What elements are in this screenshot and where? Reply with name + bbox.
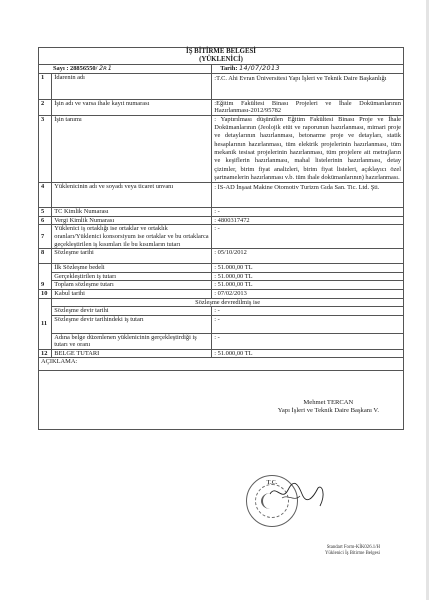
signatory-block: Mehmet TERCAN Yapı İşleri ve Teknik Dair… (278, 399, 379, 415)
row-number: 12 (39, 349, 52, 358)
row-value: : 51.000,00 TL (212, 349, 404, 358)
sayi-cell: Sayı : 28856550/ 2ʀ1 (39, 65, 212, 74)
row-11-transfer-date: Sözleşme devir tarihi : - (39, 307, 404, 316)
row-value: : 4800317472 (212, 216, 404, 225)
row-number: 4 (39, 183, 52, 208)
transfer-heading: Sözleşme devredilmiş ise (52, 298, 404, 307)
row-number: 3 (39, 115, 52, 182)
row-label: Vergi Kimlik Numarası (52, 216, 212, 225)
row-value: : - (212, 315, 404, 333)
title-row: İŞ BİTİRME BELGESİ (YÜKLENİCİ) (39, 48, 404, 65)
aciklama-row: AÇIKLAMA: (39, 358, 404, 371)
row-2: 2 İşin adı ve varsa ihale kayıt numarası… (39, 99, 404, 115)
row-9-total-contract: Toplam sözleşme tutarı : 51.000,00 TL (39, 281, 404, 290)
row-label: Sözleşme devir tarihi (52, 307, 212, 316)
row-value: : - (212, 307, 404, 316)
row-value: : - (212, 208, 404, 217)
row-number: 5 (39, 208, 52, 217)
handwritten-signature (268, 480, 328, 510)
row-label: İşin adı ve varsa ihale kayıt numarası (52, 99, 212, 115)
row-number: 9 (39, 264, 52, 290)
row-label: Gerçekleştirilen iş tutarı (52, 272, 212, 281)
row-value: :T.C. Ahi Evran Üniversitesi Yapı İşleri… (212, 73, 404, 99)
row-11-transfer-amount: Sözleşme devir tarihindeki iş tutarı : - (39, 315, 404, 333)
row-11-heading: 11 Sözleşme devredilmiş ise (39, 298, 404, 307)
row-3: 3 İşin tanımı : Yaptırılması düşünülen E… (39, 115, 404, 182)
row-number: 6 (39, 216, 52, 225)
row-value: : 51.000,00 TL (212, 264, 404, 273)
row-value: : 51.000,00 TL (212, 281, 404, 290)
row-value: :Eğitim Fakültesi Binası Projeleri ve İh… (212, 99, 404, 115)
row-value: : 51.000,00 TL (212, 272, 404, 281)
row-1: 1 İdarenin adı :T.C. Ahi Evran Üniversit… (39, 73, 404, 99)
row-label: İşin tanımı (52, 115, 212, 182)
signature-area: Mehmet TERCAN Yapı İşleri ve Teknik Dair… (41, 371, 401, 429)
row-number: 2 (39, 99, 52, 115)
row-label: Sözleşme tarihi (52, 249, 212, 264)
tarih-cell: Tarih: 14/07/2013 (212, 65, 404, 74)
row-label: İdarenin adı (52, 73, 212, 99)
row-number: 10 (39, 289, 52, 298)
tarih-label: Tarih: (220, 65, 237, 72)
row-label: BELGE TUTARI (52, 349, 212, 358)
row-value: : Yaptırılması düşünülen Eğitim Fakültes… (212, 115, 404, 182)
row-number: 11 (39, 298, 52, 349)
row-label: Toplam sözleşme tutarı (52, 281, 212, 290)
signature-row: Mehmet TERCAN Yapı İşleri ve Teknik Dair… (39, 371, 404, 430)
row-number: 1 (39, 73, 52, 99)
sayi-tarih-row: Sayı : 28856550/ 2ʀ1 Tarih: 14/07/2013 (39, 65, 404, 74)
row-label: Kabul tarihi (52, 289, 212, 298)
row-number: 8 (39, 249, 52, 264)
row-6: 6 Vergi Kimlik Numarası : 4800317472 (39, 216, 404, 225)
row-7: 7 Yüklenici iş ortaklığı ise ortaklar ve… (39, 225, 404, 249)
row-value: : İS-AD İnşaat Makine Otomotiv Turizm Gı… (212, 183, 404, 208)
row-11-contractor-share: Adına belge düzenlenen yüklenicinin gerç… (39, 333, 404, 349)
row-8: 8 Sözleşme tarihi : 05/10/2012 (39, 249, 404, 264)
row-number: 7 (39, 225, 52, 249)
row-10: 10 Kabul tarihi : 07/02/2013 (39, 289, 404, 298)
row-5: 5 TC Kimlik Numarası : - (39, 208, 404, 217)
row-label: Adına belge düzenlenen yüklenicinin gerç… (52, 333, 212, 349)
form-footer: Standart Form-KİK026.1/H Yüklenici İş Bi… (300, 545, 380, 557)
row-label: Sözleşme devir tarihindeki iş tutarı (52, 315, 212, 333)
title-line-1: İŞ BİTİRME BELGESİ (41, 48, 401, 56)
row-label: TC Kimlik Numarası (52, 208, 212, 217)
tarih-handwritten: 14/07/2013 (239, 64, 280, 72)
row-label: Yüklenicinin adı ve soyadı veya ticaret … (52, 183, 212, 208)
row-9-initial-contract: 9 İlk Sözleşme bedeli : 51.000,00 TL (39, 264, 404, 273)
row-value: : - (212, 333, 404, 349)
row-value: : 07/02/2013 (212, 289, 404, 298)
signatory-title: Yapı İşleri ve Teknik Daire Başkanı V. (278, 407, 379, 415)
row-12: 12 BELGE TUTARI : 51.000,00 TL (39, 349, 404, 358)
row-label: Yüklenici iş ortaklığı ise ortaklar ve o… (52, 225, 212, 249)
row-value: : 05/10/2012 (212, 249, 404, 264)
aciklama-label: AÇIKLAMA: (39, 358, 404, 371)
signatory-name: Mehmet TERCAN (278, 399, 379, 407)
row-value: : - (212, 225, 404, 249)
row-9-realized-amount: Gerçekleştirilen iş tutarı : 51.000,00 T… (39, 272, 404, 281)
work-completion-certificate-table: İŞ BİTİRME BELGESİ (YÜKLENİCİ) Sayı : 28… (38, 47, 404, 430)
title-line-2: (YÜKLENİCİ) (41, 56, 401, 64)
sayi-label: Sayı : 28856550/ (53, 65, 97, 72)
row-4: 4 Yüklenicinin adı ve soyadı veya ticare… (39, 183, 404, 208)
sayi-handwritten: 2ʀ1 (99, 64, 112, 72)
form-name: Yüklenici İş Bitirme Belgesi (300, 551, 380, 557)
row-label: İlk Sözleşme bedeli (52, 264, 212, 273)
document-title: İŞ BİTİRME BELGESİ (YÜKLENİCİ) (39, 48, 404, 65)
signature-cell: Mehmet TERCAN Yapı İşleri ve Teknik Dair… (39, 371, 404, 430)
